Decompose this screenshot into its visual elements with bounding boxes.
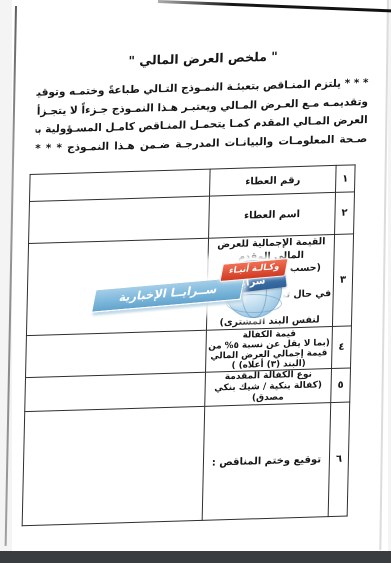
row-label: قيمة الكفالة (بما لا يقل عن نسبة ٥% من ق…	[206, 327, 333, 373]
bottom-dark-bar	[0, 551, 391, 563]
row-number: ٦	[328, 402, 350, 517]
row-label-text: رقم العطاء	[210, 172, 335, 189]
row-value-empty	[22, 406, 205, 525]
row-label: اسم العطاء	[209, 192, 336, 238]
row-label-text: (كفالة بنكية / شيك بنكي مصدق)	[205, 380, 330, 406]
row-label: رقم العطاء	[209, 165, 336, 196]
row-value-empty	[29, 196, 210, 243]
scanned-document-page: " ملخص العرض المالي " * * * يلتزم المنـا…	[0, 0, 391, 563]
row-label: القيمة الإجمالية للعرض المالي المقدم (حس…	[206, 234, 334, 330]
row-number: ٥	[331, 368, 351, 403]
row-label-text: توقيع وختم المناقص :	[204, 453, 329, 470]
row-label-text: في حال تم تقديم أكثر من خيار	[207, 287, 333, 317]
document-content: " ملخص العرض المالي " * * * يلتزم المنـا…	[25, 43, 372, 526]
row-value-empty	[25, 372, 206, 411]
row-label-text: (حسب أعلى الخيارات سعراً	[208, 261, 334, 291]
intro-paragraph: * * * يلتزم المنـاقص بتعبئـة النمـوذج ال…	[33, 74, 371, 158]
row-label-text: اسم العطاء	[209, 207, 334, 224]
row-value-empty	[26, 238, 208, 335]
offer-summary-table: ١ رقم العطاء ٢ اسم العطاء ٣ القيمة الإجم…	[22, 164, 356, 526]
table-row: ٦ توقيع وختم المناقص :	[22, 402, 350, 526]
row-label: توقيع وختم المناقص :	[202, 403, 331, 521]
row-label-text: القيمة الإجمالية للعرض المالي المقدم	[208, 235, 334, 265]
row-value-empty	[26, 330, 207, 377]
row-label: نوع الكفالة المقدمة (كفالة بنكية / شيك ب…	[205, 369, 332, 407]
row-number: ٤	[332, 326, 352, 369]
row-number: ٢	[335, 192, 355, 235]
table-row: ٣ القيمة الإجمالية للعرض المالي المقدم (…	[26, 234, 353, 336]
row-number: ١	[335, 165, 355, 193]
row-number: ٣	[332, 234, 353, 327]
